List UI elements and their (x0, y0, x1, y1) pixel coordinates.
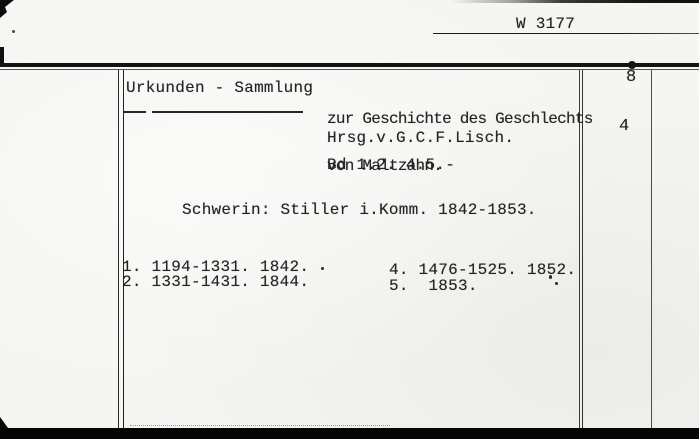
entry-left-2: 2. 1331-1431. 1844. (122, 275, 309, 291)
scanned-catalog-card: W 3177 Urkunden - Sammlung zur Geschicht… (0, 0, 699, 439)
far-right-rule (651, 70, 652, 429)
card-imprint: Schwerin: Stiller i.Komm. 1842-1853. (182, 203, 537, 219)
title-underline-short (124, 111, 146, 113)
left-column-rule-outer (118, 70, 119, 429)
card-title: Urkunden - Sammlung (126, 81, 313, 97)
title-underline-long (152, 111, 303, 113)
bottom-left-wedge (0, 417, 8, 428)
card-top-rule-thick (0, 63, 699, 67)
card-subtitle-line1: zur Geschichte des Geschlechts (327, 112, 593, 128)
ink-speck-c (555, 282, 558, 285)
left-column-rule-inner (123, 70, 125, 429)
margin-number-top: 8 (626, 70, 636, 86)
card-editor: Hrsg.v.G.C.F.Lisch. (327, 131, 514, 147)
entry-right-2: 5. 1853. (389, 279, 478, 295)
bottom-scan-bar (0, 428, 699, 439)
shelfmark-underline (433, 33, 699, 35)
card-volumes: Bd 1.2. 4.5.- (327, 158, 455, 174)
ink-speck-a (321, 267, 324, 270)
top-edge-artifact (450, 0, 699, 3)
corner-tear-mark (0, 0, 16, 18)
margin-number-bottom: 4 (619, 119, 629, 135)
corner-speck (12, 30, 15, 33)
ink-speck-b (549, 275, 552, 279)
shelfmark-number: W 3177 (516, 17, 575, 33)
bottom-dotted-artifact (130, 425, 390, 426)
card-top-rule-thin (0, 69, 699, 70)
